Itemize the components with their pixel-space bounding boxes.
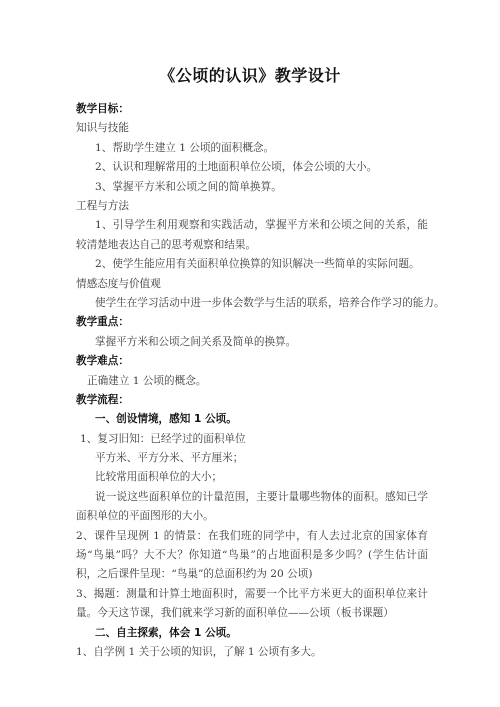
section-1-discuss: 说一说这些面积单位的计量范围，主要计量哪些物体的面积。感知已学面积单位的平面图形… <box>76 488 428 527</box>
section-1-item-3: 3、揭题：测量和计算土地面积时，需要一个比平方米更大的面积单位来计量。今天这节课… <box>76 585 428 624</box>
process-item-2: 2、使学生能应用有关面积单位换算的知识解决一些简单的实际问题。 <box>76 255 428 274</box>
section-1-item-2: 2、课件呈现例 1 的情景：在我们班的同学中，有人去过北京的国家体育场“鸟巢”吗… <box>76 527 428 585</box>
document-page: 《公顷的认识》教学设计 教学目标： 知识与技能 1、帮助学生建立 1 公顷的面积… <box>0 0 500 707</box>
section-1-review: 1、复习旧知：已经学过的面积单位 <box>76 430 428 449</box>
section-2-item-1: 1、自学例 1 关于公顷的知识，了解 1 公顷有多大。 <box>76 643 428 662</box>
knowledge-item-2: 2、认识和理解常用的土地面积单位公顷，体会公顷的大小。 <box>76 158 428 177</box>
key-point-heading: 教学重点： <box>76 313 428 332</box>
key-point-text: 掌握平方米和公顷之间关系及简单的换算。 <box>76 333 428 352</box>
document-body: 教学目标： 知识与技能 1、帮助学生建立 1 公顷的面积概念。 2、认识和理解常… <box>76 100 428 662</box>
difficulty-heading: 教学难点： <box>76 352 428 371</box>
knowledge-item-1: 1、帮助学生建立 1 公顷的面积概念。 <box>76 139 428 158</box>
knowledge-item-3: 3、掌握平方米和公顷之间的简单换算。 <box>76 178 428 197</box>
section-1-units: 平方米、平方分米、平方厘米； <box>76 449 428 468</box>
attitude-text: 使学生在学习活动中进一步体会数学与生活的联系，培养合作学习的能力。 <box>76 294 428 313</box>
process-item-1: 1、引导学生利用观察和实践活动，掌握平方米和公顷之间的关系，能较清楚地表达自己的… <box>76 216 428 255</box>
section-1-heading: 一、创设情境，感知 1 公顷。 <box>76 410 428 429</box>
section-2-heading: 二、自主探索，体会 1 公顷。 <box>76 624 428 643</box>
process-label: 工程与方法 <box>76 197 428 216</box>
difficulty-text: 正确建立 1 公顷的概念。 <box>76 372 428 391</box>
flow-heading: 教学流程： <box>76 391 428 410</box>
objectives-heading: 教学目标： <box>76 100 428 119</box>
knowledge-label: 知识与技能 <box>76 119 428 138</box>
section-1-compare: 比较常用面积单位的大小； <box>76 468 428 487</box>
document-title: 《公顷的认识》教学设计 <box>0 63 500 86</box>
attitude-label: 情感态度与价值观 <box>76 275 428 294</box>
